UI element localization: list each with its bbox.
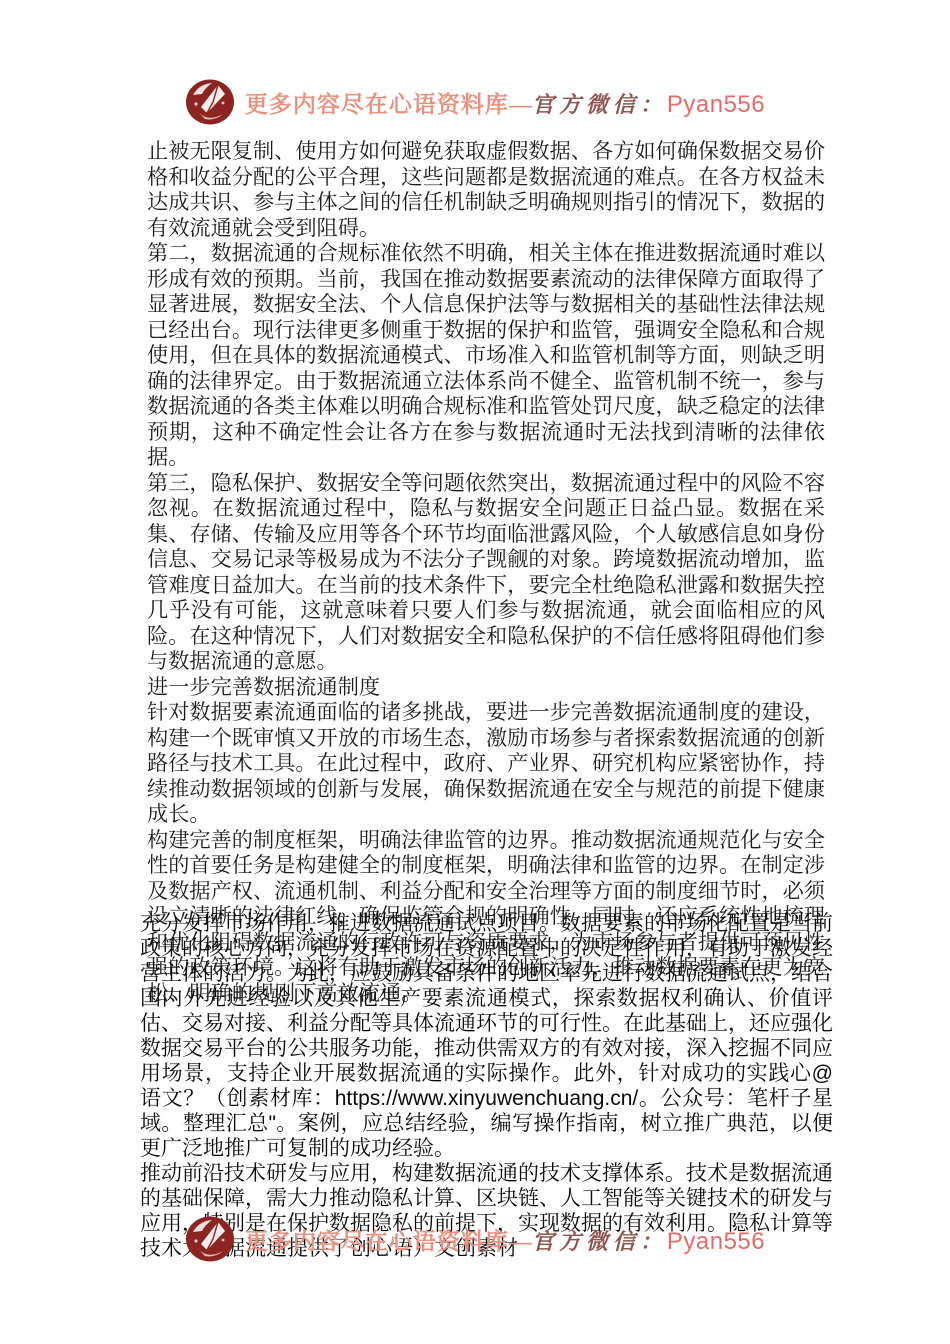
watermark-label: 官方微信：: [532, 1229, 667, 1254]
document-body-serif: 止被无限复制、使用方如何避免获取虚假数据、各方如何确保数据交易价格和收益分配的公…: [147, 139, 825, 1006]
paragraph-market-pilot: 充分发挥市场作用，推进数据流通试点项目。数据要素的市场化配置是当前政策的核心方向…: [140, 911, 833, 1161]
watermark-text: 更多内容尽在心语资料库—官方微信：Pyan556: [245, 1223, 765, 1256]
document-body-sans: 充分发挥市场作用，推进数据流通试点项目。数据要素的市场化配置是当前政策的核心方向…: [140, 911, 833, 1261]
watermark-label: 官方微信：: [532, 92, 667, 117]
watermark-footer: 更多内容尽在心语资料库—官方微信：Pyan556: [0, 1216, 950, 1262]
pen-nib-seal-icon: [185, 79, 235, 125]
wechat-id: Pyan556: [667, 91, 765, 118]
document-page: 更多内容尽在心语资料库—官方微信：Pyan556 止被无限复制、使用方如何避免获…: [0, 0, 950, 1344]
watermark-main-text: 更多内容尽在心语资料库: [245, 1229, 509, 1254]
watermark-main-text: 更多内容尽在心语资料库: [245, 92, 509, 117]
watermark-header: 更多内容尽在心语资料库—官方微信：Pyan556: [0, 79, 950, 125]
section-heading: 进一步完善数据流通制度: [147, 675, 825, 701]
watermark-dash: —: [509, 1229, 532, 1254]
paragraph-overview: 针对数据要素流通面临的诸多挑战，要进一步完善数据流通制度的建设，构建一个既审慎又…: [147, 700, 825, 828]
pen-nib-seal-icon: [185, 1216, 235, 1262]
watermark-dash: —: [509, 92, 532, 117]
watermark-text: 更多内容尽在心语资料库—官方微信：Pyan556: [245, 86, 765, 119]
wechat-id: Pyan556: [667, 1228, 765, 1255]
paragraph-third-point: 第三，隐私保护、数据安全等问题依然突出，数据流通过程中的风险不容忽视。在数据流通…: [147, 471, 825, 675]
paragraph-second-point: 第二，数据流通的合规标准依然不明确，相关主体在推进数据流通时难以形成有效的预期。…: [147, 241, 825, 471]
paragraph-continuation: 止被无限复制、使用方如何避免获取虚假数据、各方如何确保数据交易价格和收益分配的公…: [147, 139, 825, 241]
